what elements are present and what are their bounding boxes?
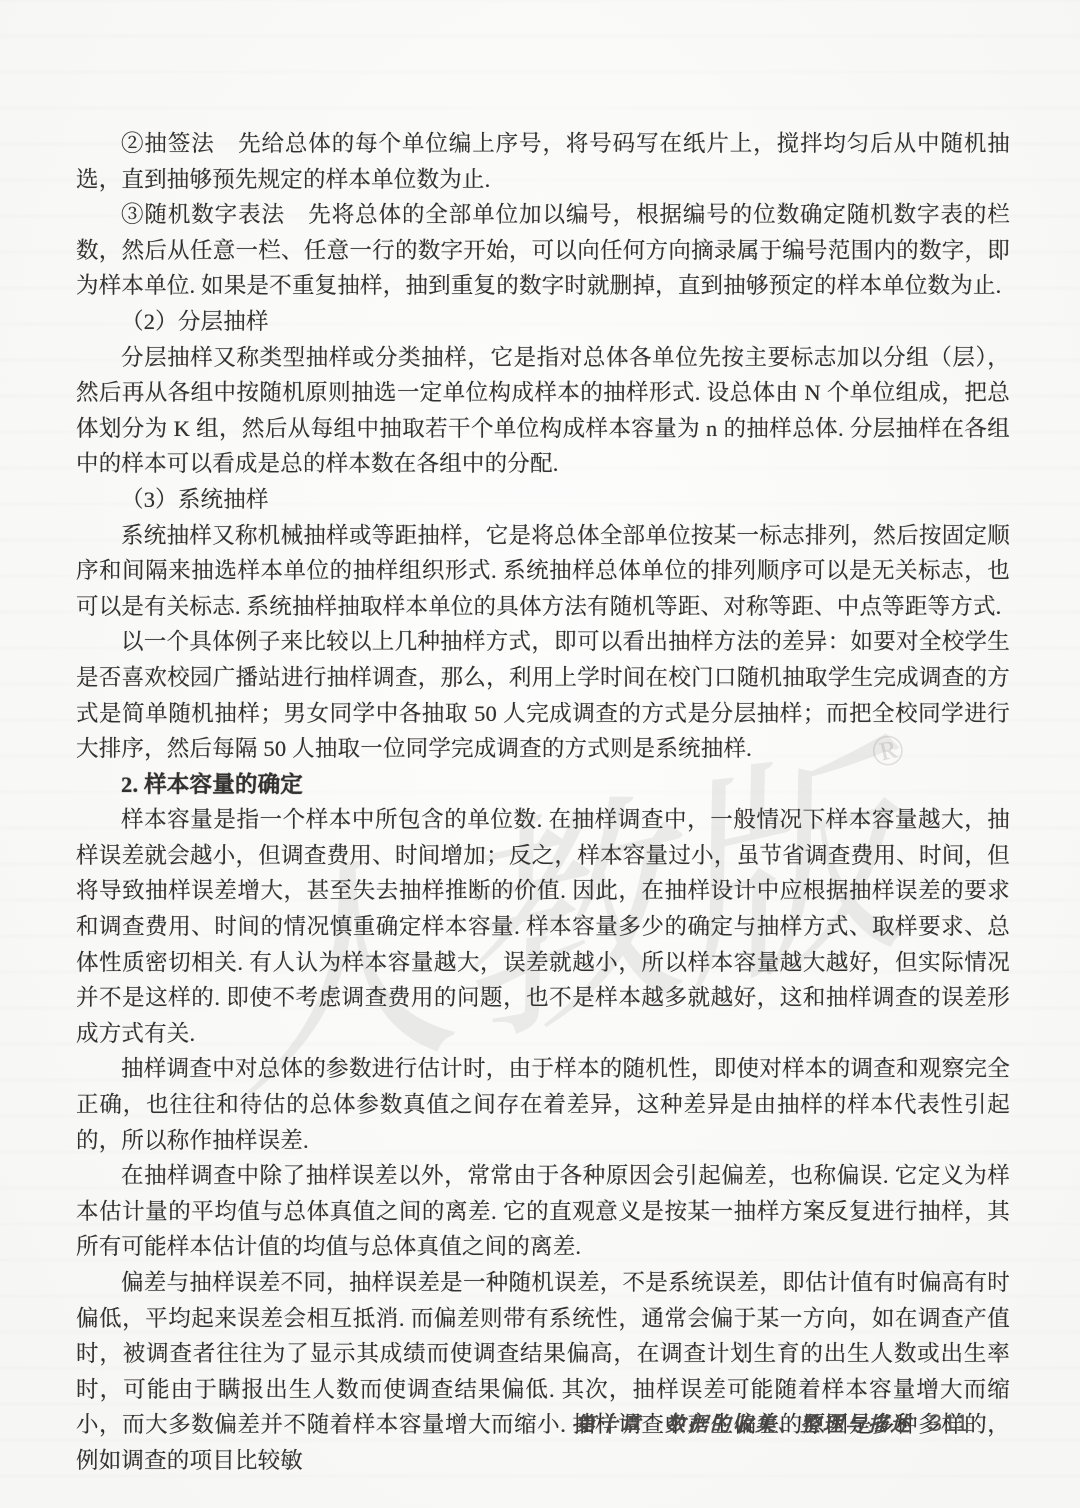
paragraph: ②抽签法 先给总体的每个单位编上序号，将号码写在纸片上，搅拌均匀后从中随机抽选，… — [76, 126, 1010, 197]
paragraph: ③随机数字表法 先将总体的全部单位加以编号，根据编号的位数确定随机数字表的栏数，… — [76, 197, 1010, 304]
list-item-heading: （2）分层抽样 — [76, 304, 1010, 340]
page-number: 311 — [929, 1410, 970, 1438]
paragraph: 抽样调查中对总体的参数进行估计时，由于样本的随机性，即使对样本的调查和观察完全正… — [76, 1051, 1010, 1158]
page-footer: 第十章 数据的收集、整理与描述 311 — [575, 1408, 970, 1438]
paragraph: 分层抽样又称类型抽样或分类抽样，它是指对总体各单位先按主要标志加以分组（层），然… — [76, 340, 1010, 482]
chapter-title: 第十章 数据的收集、整理与描述 — [575, 1408, 913, 1437]
paragraph: 在抽样调查中除了抽样误差以外，常常由于各种原因会引起偏差，也称偏误. 它定义为样… — [76, 1158, 1010, 1265]
paragraph: 样本容量是指一个样本中所包含的单位数. 在抽样调查中，一般情况下样本容量越大，抽… — [76, 802, 1010, 1051]
textbook-page: 人教版® ②抽签法 先给总体的每个单位编上序号，将号码写在纸片上，搅拌均匀后从中… — [0, 0, 1080, 1508]
paragraph: 以一个具体例子来比较以上几种抽样方式，即可以看出抽样方法的差异：如要对全校学生是… — [76, 624, 1010, 766]
section-heading: 2. 样本容量的确定 — [76, 767, 1010, 803]
paragraph: 系统抽样又称机械抽样或等距抽样，它是将总体全部单位按某一标志排列，然后按固定顺序… — [76, 518, 1010, 625]
list-item-heading: （3）系统抽样 — [76, 482, 1010, 518]
paragraph: 偏差与抽样误差不同，抽样误差是一种随机误差，不是系统误差，即估计值有时偏高有时偏… — [76, 1265, 1010, 1479]
page-body: ②抽签法 先给总体的每个单位编上序号，将号码写在纸片上，搅拌均匀后从中随机抽选，… — [76, 126, 1010, 1479]
